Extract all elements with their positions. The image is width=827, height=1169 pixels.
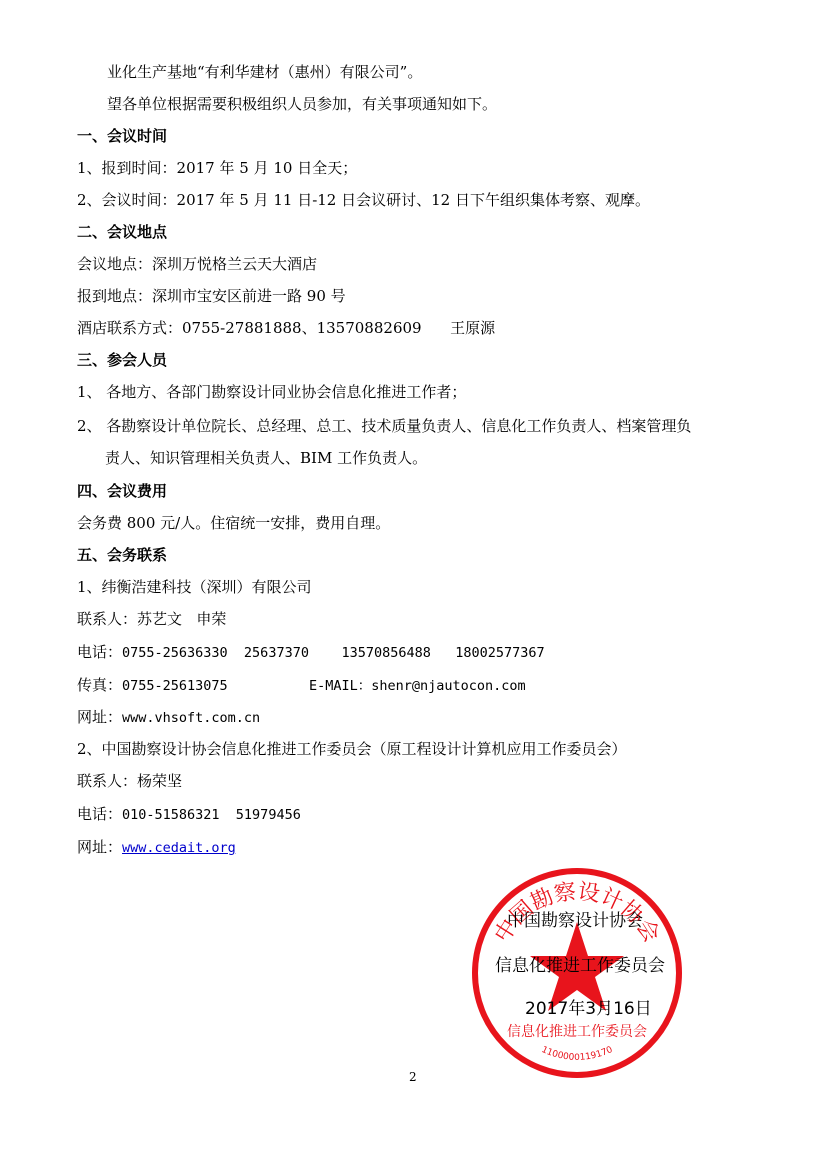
intro-line-1: 业化生产基地“有利华建材（惠州）有限公司”。 xyxy=(107,62,422,82)
phone-value: 0755-25636330 25637370 13570856488 18002… xyxy=(122,645,545,661)
contact-label: 联系人： xyxy=(77,772,137,790)
checkin-time: 1、报到时间：2017 年 5 月 10 日全天； xyxy=(77,158,357,178)
section-heading-time: 一、会议时间 xyxy=(77,126,167,146)
fee-text: 会务费 800 元/人。住宿统一安排，费用自理。 xyxy=(77,513,390,533)
section-heading-attendees: 三、参会人员 xyxy=(77,350,167,370)
org2-name: 2、中国勘察设计协会信息化推进工作委员会（原工程设计计算机应用工作委员会） xyxy=(77,739,627,759)
contact-value: 苏艺文 申荣 xyxy=(137,610,226,628)
contact-label: 联系人： xyxy=(77,610,137,628)
web-label: 网址： xyxy=(77,838,122,856)
signature-date: 2017年3月16日 xyxy=(525,994,652,1019)
section-heading-location: 二、会议地点 xyxy=(77,222,167,242)
phone-value: 010-51586321 51979456 xyxy=(122,807,301,823)
fax-value: 0755-25613075 E-MAIL：shenr@njautocon.com xyxy=(122,678,526,694)
web-value: www.vhsoft.com.cn xyxy=(122,710,260,726)
section-heading-fee: 四、会议费用 xyxy=(77,481,167,501)
svg-text:1100000119170: 1100000119170 xyxy=(540,1045,615,1063)
org1-phone: 电话：0755-25636330 25637370 13570856488 18… xyxy=(77,642,545,663)
attendee-item-2: 2、 各勘察设计单位院长、总经理、总工、技术质量负责人、信息化工作负责人、档案管… xyxy=(77,416,691,436)
meeting-venue: 会议地点：深圳万悦格兰云天大酒店 xyxy=(77,254,317,274)
signature-org-line2: 信息化推进工作委员会 xyxy=(495,951,665,976)
checkin-venue: 报到地点：深圳市宝安区前进一路 90 号 xyxy=(77,286,346,306)
phone-label: 电话： xyxy=(77,643,122,661)
attendee-item-2-cont: 责人、知识管理相关负责人、BIM 工作负责人。 xyxy=(105,448,427,468)
fax-label: 传真： xyxy=(77,676,122,694)
org1-website: 网址：www.vhsoft.com.cn xyxy=(77,707,260,728)
intro-line-2: 望各单位根据需要积极组织人员参加，有关事项通知如下。 xyxy=(107,94,497,114)
org2-website: 网址：www.cedait.org xyxy=(77,837,236,858)
org2-phone: 电话：010-51586321 51979456 xyxy=(77,804,301,825)
hotel-contact: 酒店联系方式：0755-27881888、13570882609 王原源 xyxy=(77,318,495,338)
svg-text:信息化推进工作委员会: 信息化推进工作委员会 xyxy=(507,1023,647,1040)
org1-name: 1、纬衡浩建科技（深圳）有限公司 xyxy=(77,577,312,597)
section-heading-contact: 五、会务联系 xyxy=(77,545,167,565)
signature-org-line1: 中国勘察设计协会 xyxy=(507,906,643,931)
org1-contact: 联系人：苏艺文 申荣 xyxy=(77,609,226,629)
meeting-time: 2、会议时间：2017 年 5 月 11 日-12 日会议研讨、12 日下午组织… xyxy=(77,190,650,210)
phone-label: 电话： xyxy=(77,805,122,823)
org2-contact: 联系人：杨荣坚 xyxy=(77,771,182,791)
contact-value: 杨荣坚 xyxy=(137,772,182,790)
attendee-item-1: 1、 各地方、各部门勘察设计同业协会信息化推进工作者； xyxy=(77,382,466,402)
org1-fax: 传真：0755-25613075 E-MAIL：shenr@njautocon.… xyxy=(77,675,526,696)
website-link[interactable]: www.cedait.org xyxy=(122,840,236,856)
page-number: 2 xyxy=(409,1070,417,1084)
web-label: 网址： xyxy=(77,708,122,726)
